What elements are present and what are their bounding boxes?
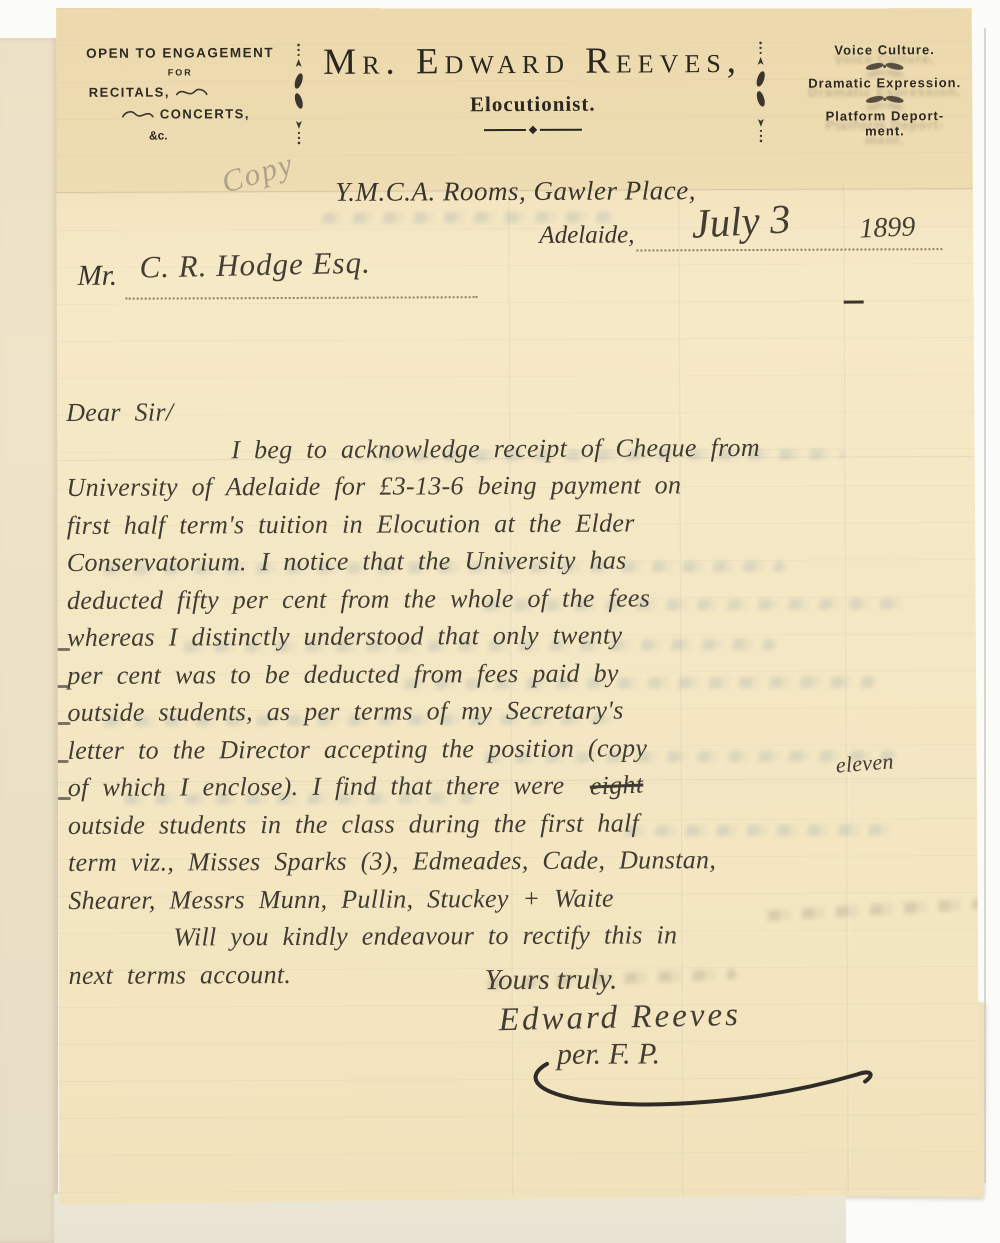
letterhead-recitals-line: RECITALS, [89,85,170,100]
printed-city: Adelaide, [539,221,634,249]
pen-dash-mark [844,300,864,303]
letterhead-center-block: Mr. Edward Reeves, Elocutionist. [321,39,745,134]
leaf-ornament-icon [863,93,907,105]
handwritten-date: July 3 [690,194,792,248]
letter-body: Dear Sir/ I beg to acknowledge receipt o… [66,390,967,994]
body-line: whereas I distinctly understood that onl… [67,615,965,656]
inserted-word: eleven [834,742,895,784]
printed-mr-prefix: Mr. [77,260,117,293]
body-line: outside students, as per terms of my Sec… [67,690,965,731]
letterhead-name: Mr. Edward Reeves, [321,39,745,85]
body-line: I beg to acknowledge receipt of Cheque f… [66,428,964,469]
ornament-divider-icon [291,43,307,145]
signature: Edward Reeves [498,997,741,1039]
swash-flourish-icon [121,108,155,120]
struck-word: eight [589,766,644,806]
swash-flourish-icon [175,86,209,98]
letterhead-etc-line: &c. [83,128,278,143]
handwritten-year: 1899 [859,211,916,245]
letterhead-right-block: Voice Culture. Dramatic Expression. Plat… [795,42,975,139]
body-line: University of Adelaide for £3-13-6 being… [66,465,964,506]
body-line: outside students in the class during the… [68,803,966,844]
letterhead-profession: Elocutionist. [321,91,745,118]
body-line: Shearer, Messrs Munn, Pullin, Stuckey + … [68,878,966,919]
letterhead-platform-deportment-2: ment. [795,123,975,139]
recipient-rule [126,272,478,300]
letterhead-engagement-line: OPEN TO ENGAGEMENT [83,45,278,61]
body-line-text: of which I enclose). I find that there w… [68,771,565,802]
scanned-letter-background: OPEN TO ENGAGEMENT FOR RECITALS, CONCERT… [0,0,1000,1243]
valediction: Yours truly. [485,964,618,998]
body-line: per cent was to be deducted from fees pa… [67,653,965,694]
leaf-ornament-icon [863,60,907,72]
letterhead-left-block: OPEN TO ENGAGEMENT FOR RECITALS, CONCERT… [83,45,278,143]
salutation: Dear Sir/ [66,390,964,431]
body-line: deducted fifty per cent from the whole o… [67,578,965,619]
signature-flourish-icon [519,1054,889,1114]
body-line: Will you kindly endeavour to rectify thi… [68,915,966,956]
body-line: letter to the Director accepting the pos… [68,728,966,769]
backing-paper-edge [984,28,986,1183]
underlying-page-left-edge [0,38,58,1243]
body-line: Conservatorium. I notice that the Univer… [67,540,965,581]
body-line: first half term's tuition in Elocution a… [67,503,965,544]
ornament-divider-icon [753,41,769,143]
body-line-with-correction: of which I enclose). I find that there w… [68,765,966,806]
letterhead-concerts-line: CONCERTS, [160,106,250,121]
letter-page: OPEN TO ENGAGEMENT FOR RECITALS, CONCERT… [52,4,979,1204]
letterhead-platform-deportment-1: Platform Deport- [795,108,975,124]
printed-address: Y.M.C.A. Rooms, Gawler Place, [335,175,696,208]
letterhead-voice-culture: Voice Culture. [795,42,975,58]
letterhead-dramatic-expression: Dramatic Expression. [795,75,975,91]
body-line: term viz., Misses Sparks (3), Edmeades, … [68,840,966,881]
letterhead-for-line: FOR [83,67,278,78]
